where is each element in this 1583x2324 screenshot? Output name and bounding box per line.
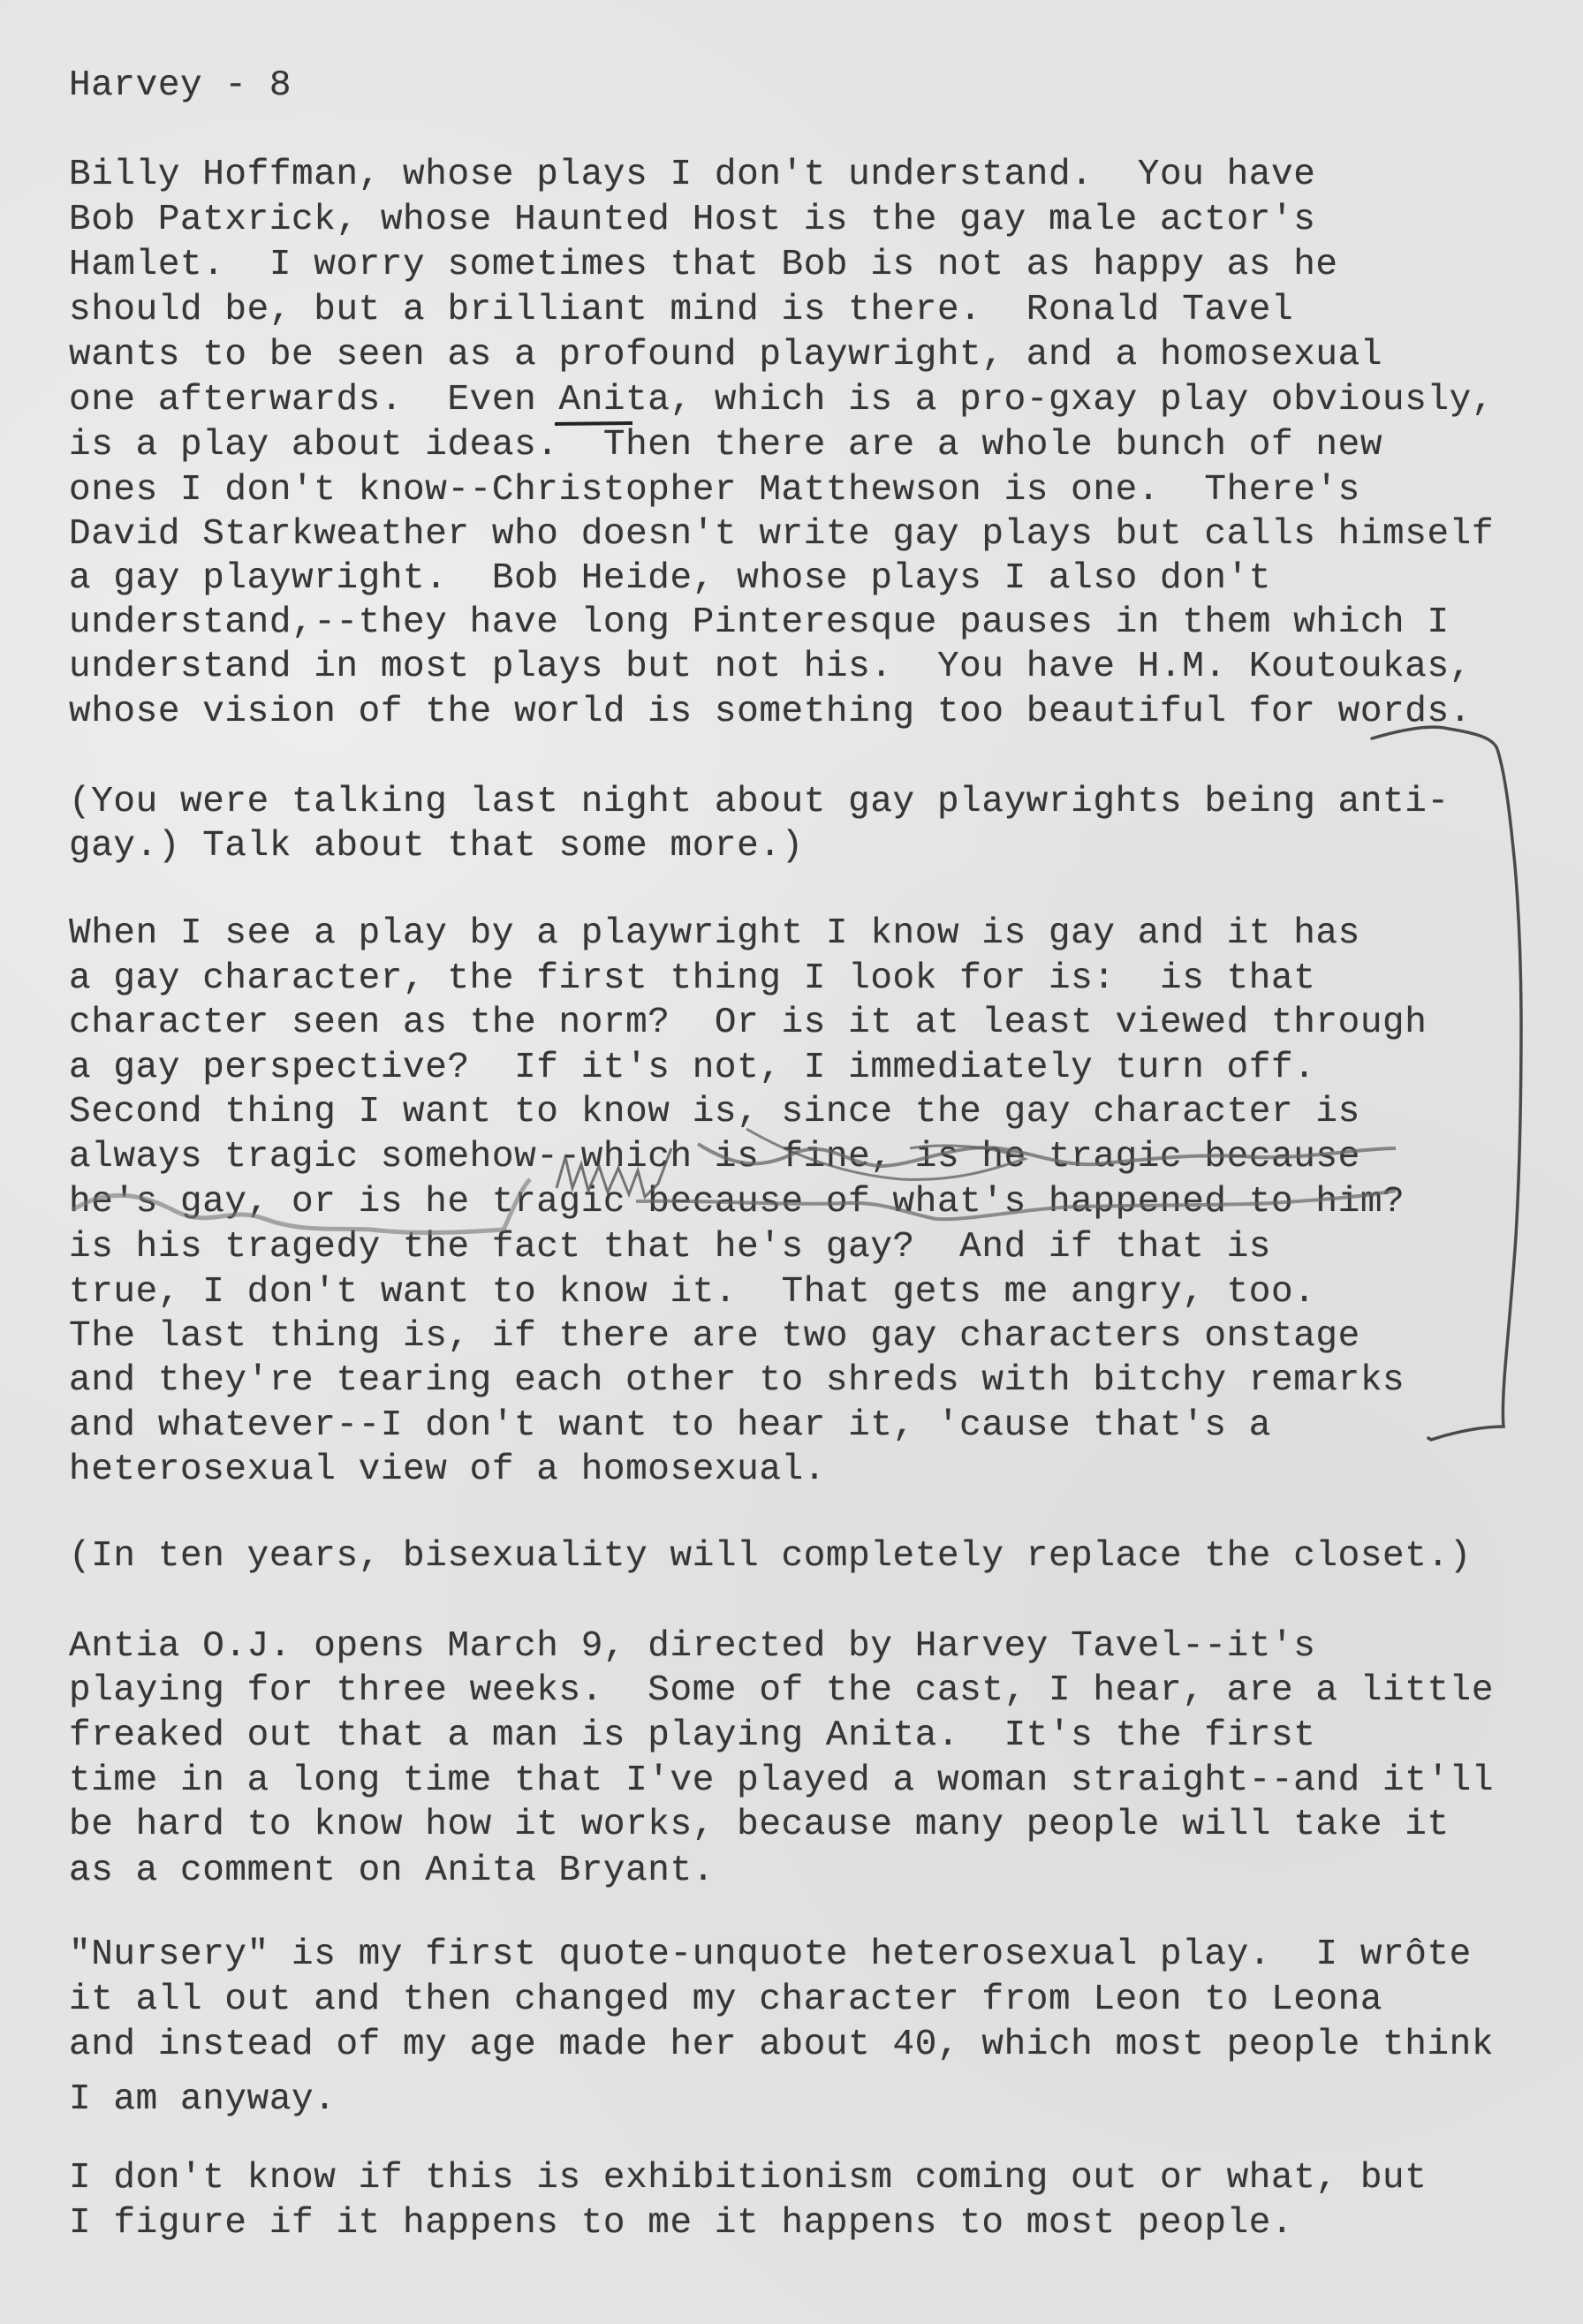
text-line: Billy Hoffman, whose plays I don't under… xyxy=(69,153,1315,197)
text-line: should be, but a brilliant mind is there… xyxy=(69,288,1293,332)
typewritten-page: Harvey - 8 Billy Hoffman, whose plays I … xyxy=(0,0,1583,2324)
text-line: understand,--they have long Pinteresque … xyxy=(69,601,1450,645)
text-line: a gay character, the first thing I look … xyxy=(69,957,1315,1001)
text-line: it all out and then changed my character… xyxy=(69,1978,1382,2022)
text-line: Antia O.J. opens March 9, directed by Ha… xyxy=(69,1624,1315,1669)
text-line: I don't know if this is exhibitionism co… xyxy=(69,2156,1427,2200)
page-header: Harvey - 8 xyxy=(69,64,292,108)
text-line: heterosexual view of a homosexual. xyxy=(69,1448,826,1492)
text-line: The last thing is, if there are two gay … xyxy=(69,1314,1360,1359)
text-line: (You were talking last night about gay p… xyxy=(69,780,1450,824)
text-line: playing for three weeks. Some of the cas… xyxy=(69,1669,1494,1713)
text-line: ones I don't know--Christopher Matthewso… xyxy=(69,468,1360,512)
text-line: and they're tearing each other to shreds… xyxy=(69,1359,1405,1403)
text-line: as a comment on Anita Bryant. xyxy=(69,1849,715,1893)
text-line: a gay perspective? If it's not, I immedi… xyxy=(69,1046,1315,1090)
text-line: a gay playwright. Bob Heide, whose plays… xyxy=(69,556,1271,601)
text-line: wants to be seen as a profound playwrigh… xyxy=(69,333,1382,377)
text-line: and whatever--I don't want to hear it, '… xyxy=(69,1404,1271,1448)
text-line: When I see a play by a playwright I know… xyxy=(69,912,1360,956)
text-line-struck: always tragic somehow--which is fine, is… xyxy=(69,1135,1360,1179)
text-line: gay.) Talk about that some more.) xyxy=(69,824,804,868)
text-line: (In ten years, bisexuality will complete… xyxy=(69,1534,1472,1578)
text-line: is a play about ideas. Then there are a … xyxy=(69,423,1382,467)
text-line: Hamlet. I worry sometimes that Bob is no… xyxy=(69,243,1338,287)
text-line: is his tragedy the fact that he's gay? A… xyxy=(69,1225,1271,1269)
text-line: David Starkweather who doesn't write gay… xyxy=(69,512,1494,556)
text-line: whose vision of the world is something t… xyxy=(69,690,1472,734)
text-line: and instead of my age made her about 40,… xyxy=(69,2023,1494,2067)
text-line: I figure if it happens to me it happens … xyxy=(69,2201,1293,2245)
text-line: be hard to know how it works, because ma… xyxy=(69,1803,1450,1847)
text-line: one afterwards. Even Anita, which is a p… xyxy=(69,378,1494,422)
text-line: time in a long time that I've played a w… xyxy=(69,1759,1494,1803)
text-line: Second thing I want to know is, since th… xyxy=(69,1090,1360,1134)
text-line: freaked out that a man is playing Anita.… xyxy=(69,1714,1315,1758)
text-line: understand in most plays but not his. Yo… xyxy=(69,645,1472,689)
text-line-struck: he's gay, or is he tragic because of wha… xyxy=(69,1180,1405,1224)
text-line: I am anyway. xyxy=(69,2078,336,2122)
text-line: Bob Patxrick, whose Haunted Host is the … xyxy=(69,198,1315,242)
text-line: character seen as the norm? Or is it at … xyxy=(69,1001,1427,1045)
text-line: true, I don't want to know it. That gets… xyxy=(69,1270,1315,1314)
margin-bracket-mark xyxy=(1372,727,1521,1440)
text-line: "Nursery" is my first quote-unquote hete… xyxy=(69,1933,1472,1977)
